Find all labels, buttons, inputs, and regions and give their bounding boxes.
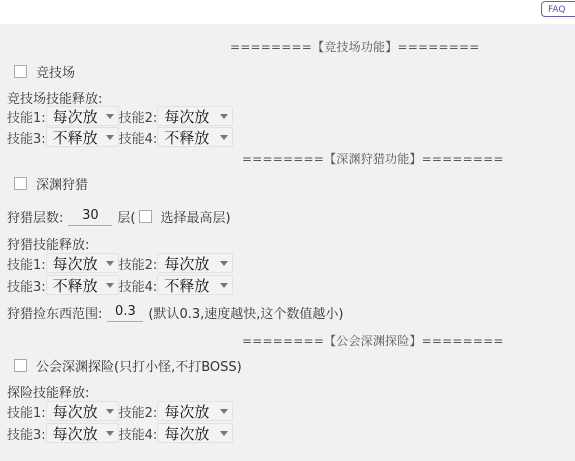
guild-abyss-skill-4-select[interactable]: 每次放: [157, 423, 233, 443]
select-value: 不释放: [53, 275, 98, 296]
abyss-hunt-heading: ========【深渊狩猎功能】========: [242, 150, 502, 167]
select-value: 每次放: [53, 423, 98, 444]
guild-abyss-skills-title: 探险技能释放:: [7, 381, 89, 401]
abyss-hunt-enable-label: 深渊狩猎: [36, 174, 88, 193]
skill-2-label: 技能2:: [119, 107, 158, 126]
guild-abyss-skill-1-select[interactable]: 每次放: [46, 401, 119, 421]
skill-1-label: 技能1:: [7, 402, 46, 421]
arena-skill-3-select[interactable]: 不释放: [46, 127, 119, 147]
skill-3-label: 技能3:: [7, 276, 46, 295]
guild-abyss-skill-3-select[interactable]: 每次放: [46, 423, 119, 443]
select-value: 每次放: [164, 423, 209, 444]
guild-abyss-enable-checkbox[interactable]: 公会深渊探险(只打小怪,不打BOSS): [14, 355, 242, 375]
abyss-hunt-skill-2-select[interactable]: 每次放: [157, 253, 233, 273]
floor-input[interactable]: 30: [68, 207, 112, 226]
skill-4-label: 技能4:: [119, 128, 158, 147]
skill-3-label: 技能3:: [7, 424, 46, 443]
faq-button[interactable]: FAQ: [541, 1, 575, 17]
abyss-hunt-skills-title: 狩猎技能释放:: [7, 233, 89, 253]
dropdown-caret-icon: [106, 261, 114, 266]
select-value: 不释放: [164, 275, 209, 296]
dropdown-caret-icon: [106, 431, 114, 436]
floor-label: 狩猎层数:: [7, 207, 63, 226]
dropdown-caret-icon: [220, 409, 228, 414]
abyss-hunt-skills-row-2: 技能3: 不释放 技能4: 不释放: [7, 275, 233, 295]
arena-skills-title-text: 竞技场技能释放:: [7, 88, 102, 107]
abyss-hunt-enable-checkbox[interactable]: 深渊狩猎: [14, 173, 88, 193]
skill-1-label: 技能1:: [7, 107, 46, 126]
dropdown-caret-icon: [220, 114, 228, 119]
max-floor-label: 选择最高层): [160, 207, 230, 226]
skill-1-label: 技能1:: [7, 254, 46, 273]
arena-skills-row-1: 技能1: 每次放 技能2: 每次放: [7, 106, 233, 126]
dropdown-caret-icon: [220, 135, 228, 140]
guild-abyss-skills-title-text: 探险技能释放:: [7, 382, 89, 401]
arena-skill-4-select[interactable]: 不释放: [157, 127, 233, 147]
select-value: 不释放: [53, 127, 98, 148]
skill-3-label: 技能3:: [7, 128, 46, 147]
arena-skill-1-select[interactable]: 每次放: [46, 106, 119, 126]
skill-2-label: 技能2:: [119, 402, 158, 421]
select-value: 每次放: [164, 253, 209, 274]
abyss-hunt-skills-title-text: 狩猎技能释放:: [7, 234, 89, 253]
select-value: 每次放: [53, 106, 98, 127]
guild-abyss-skill-2-select[interactable]: 每次放: [157, 401, 233, 421]
floor-suffix: 层(: [117, 207, 135, 226]
checkbox-box[interactable]: [14, 65, 27, 78]
guild-abyss-skills-row-1: 技能1: 每次放 技能2: 每次放: [7, 401, 233, 421]
dropdown-caret-icon: [220, 283, 228, 288]
pickup-range-input[interactable]: 0.3: [107, 303, 143, 322]
select-value: 不释放: [164, 127, 209, 148]
pickup-range-row: 狩猎捡东西范围: 0.3 (默认0.3,速度越快,这个数值越小): [7, 302, 343, 322]
max-floor-checkbox[interactable]: [139, 210, 152, 223]
select-value: 每次放: [53, 253, 98, 274]
guild-abyss-heading: ========【公会深渊探险】========: [242, 332, 502, 349]
arena-skill-2-select[interactable]: 每次放: [157, 106, 233, 126]
skill-4-label: 技能4:: [119, 424, 158, 443]
guild-abyss-skills-row-2: 技能3: 每次放 技能4: 每次放: [7, 423, 233, 443]
abyss-hunt-skills-row-1: 技能1: 每次放 技能2: 每次放: [7, 253, 233, 273]
abyss-hunt-skill-4-select[interactable]: 不释放: [157, 275, 233, 295]
arena-skills-row-2: 技能3: 不释放 技能4: 不释放: [7, 127, 233, 147]
dropdown-caret-icon: [220, 261, 228, 266]
checkbox-box[interactable]: [14, 359, 27, 372]
dropdown-caret-icon: [106, 283, 114, 288]
abyss-hunt-skill-3-select[interactable]: 不释放: [46, 275, 119, 295]
select-value: 每次放: [164, 106, 209, 127]
abyss-hunt-skill-1-select[interactable]: 每次放: [46, 253, 119, 273]
skill-4-label: 技能4:: [119, 276, 158, 295]
arena-enable-label: 竞技场: [36, 62, 75, 81]
checkbox-box[interactable]: [14, 177, 27, 190]
dropdown-caret-icon: [106, 135, 114, 140]
dropdown-caret-icon: [106, 409, 114, 414]
dropdown-caret-icon: [106, 114, 114, 119]
arena-enable-checkbox[interactable]: 竞技场: [14, 61, 75, 81]
dropdown-caret-icon: [220, 431, 228, 436]
select-value: 每次放: [53, 401, 98, 422]
top-bar: FAQ: [0, 0, 575, 24]
arena-heading: ========【竞技场功能】========: [230, 38, 490, 55]
pickup-range-label: 狩猎捡东西范围:: [7, 303, 102, 322]
arena-skills-title: 竞技场技能释放:: [7, 87, 102, 107]
pickup-range-hint: (默认0.3,速度越快,这个数值越小): [148, 303, 343, 322]
abyss-hunt-floor-row: 狩猎层数: 30 层( 选择最高层): [7, 206, 231, 226]
select-value: 每次放: [164, 401, 209, 422]
guild-abyss-enable-label: 公会深渊探险(只打小怪,不打BOSS): [36, 356, 242, 375]
skill-2-label: 技能2:: [119, 254, 158, 273]
